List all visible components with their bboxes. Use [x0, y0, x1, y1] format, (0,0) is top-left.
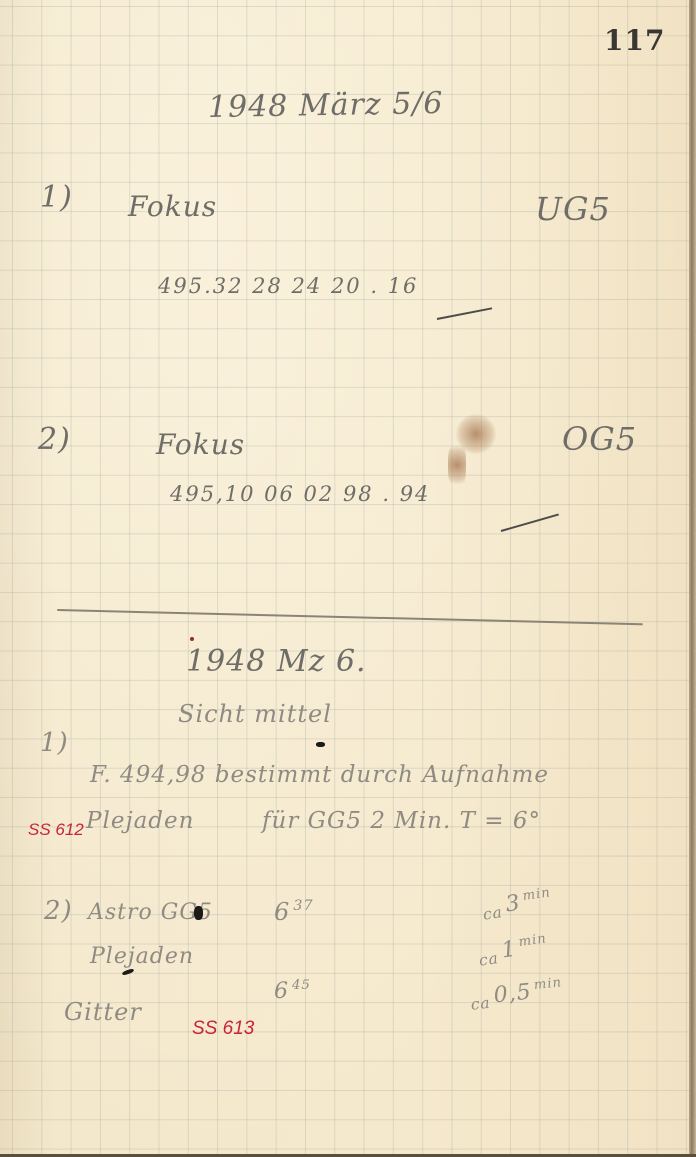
- section-divider-line: [57, 609, 643, 625]
- item2-row2-unit: min: [518, 931, 548, 950]
- item1-red-label: SS 612: [28, 820, 84, 840]
- item2-row1-time-hour: 6: [274, 898, 290, 926]
- entry2-result-underline: [501, 514, 559, 532]
- ink-blot: [194, 906, 203, 920]
- item2-row3-approx: ca: [470, 994, 492, 1014]
- item2-row1-unit: min: [522, 885, 552, 904]
- item2-row3-unit: min: [533, 975, 563, 993]
- item1-line2-right: für GG5 2 Min. T = 6°: [262, 808, 541, 834]
- item2-row2-duration: ca1min: [476, 931, 549, 970]
- entry1-label: Fokus: [128, 190, 217, 223]
- item2-row1-approx: ca: [482, 904, 504, 925]
- item2-red-label: SS 613: [192, 1018, 254, 1040]
- item2-row3-object: Gitter: [64, 998, 142, 1026]
- entry1-marker: UG5: [535, 190, 611, 228]
- entry2-label: Fokus: [156, 428, 245, 461]
- item1-index: 1): [40, 728, 69, 758]
- red-ink-dot: [190, 637, 194, 641]
- ink-blot: [316, 742, 325, 747]
- page-number: 117: [604, 24, 665, 57]
- item2-row2-approx: ca: [478, 950, 500, 971]
- page-binding-edge: [689, 0, 696, 1157]
- item2-row3-time-min: 45: [292, 978, 311, 993]
- entry2-readings: 495,10 06 02 98 . 94: [170, 482, 430, 506]
- section2-subheading: Sicht mittel: [178, 700, 332, 728]
- item2-row1-time: 637: [274, 898, 314, 926]
- section1-date-heading: 1948 März 5/6: [208, 86, 444, 125]
- item2-row3-duration: ca0,5min: [469, 975, 565, 1014]
- entry2-index: 2): [38, 422, 71, 457]
- item2-index: 2): [44, 896, 73, 926]
- item1-line1: F. 494,98 bestimmt durch Aufnahme: [90, 762, 549, 788]
- item2-row1-time-min: 37: [293, 898, 313, 914]
- entry2-marker: OG5: [562, 420, 637, 458]
- entry1-result-underline: [437, 307, 492, 320]
- item2-row3-value: 0,5: [492, 979, 532, 1008]
- item2-row2-object: Plejaden: [90, 944, 194, 969]
- item1-line2-left: Plejaden: [86, 808, 194, 834]
- item2-row1-value: 3: [504, 891, 522, 918]
- item2-row2-value: 1: [500, 937, 518, 964]
- ink-stain-trail: [448, 440, 466, 490]
- notebook-page: 117 1948 März 5/6 1) Fokus UG5 495.32 28…: [0, 0, 696, 1157]
- ink-blot: [122, 968, 135, 976]
- item2-row1-duration: ca3min: [480, 885, 553, 924]
- entry1-readings: 495.32 28 24 20 . 16: [158, 274, 418, 298]
- section2-date-heading: 1948 Mz 6.: [186, 644, 367, 679]
- entry1-index: 1): [40, 180, 73, 215]
- item2-row3-time-hour: 6: [274, 979, 289, 1004]
- item2-row3-time: 645: [274, 978, 311, 1004]
